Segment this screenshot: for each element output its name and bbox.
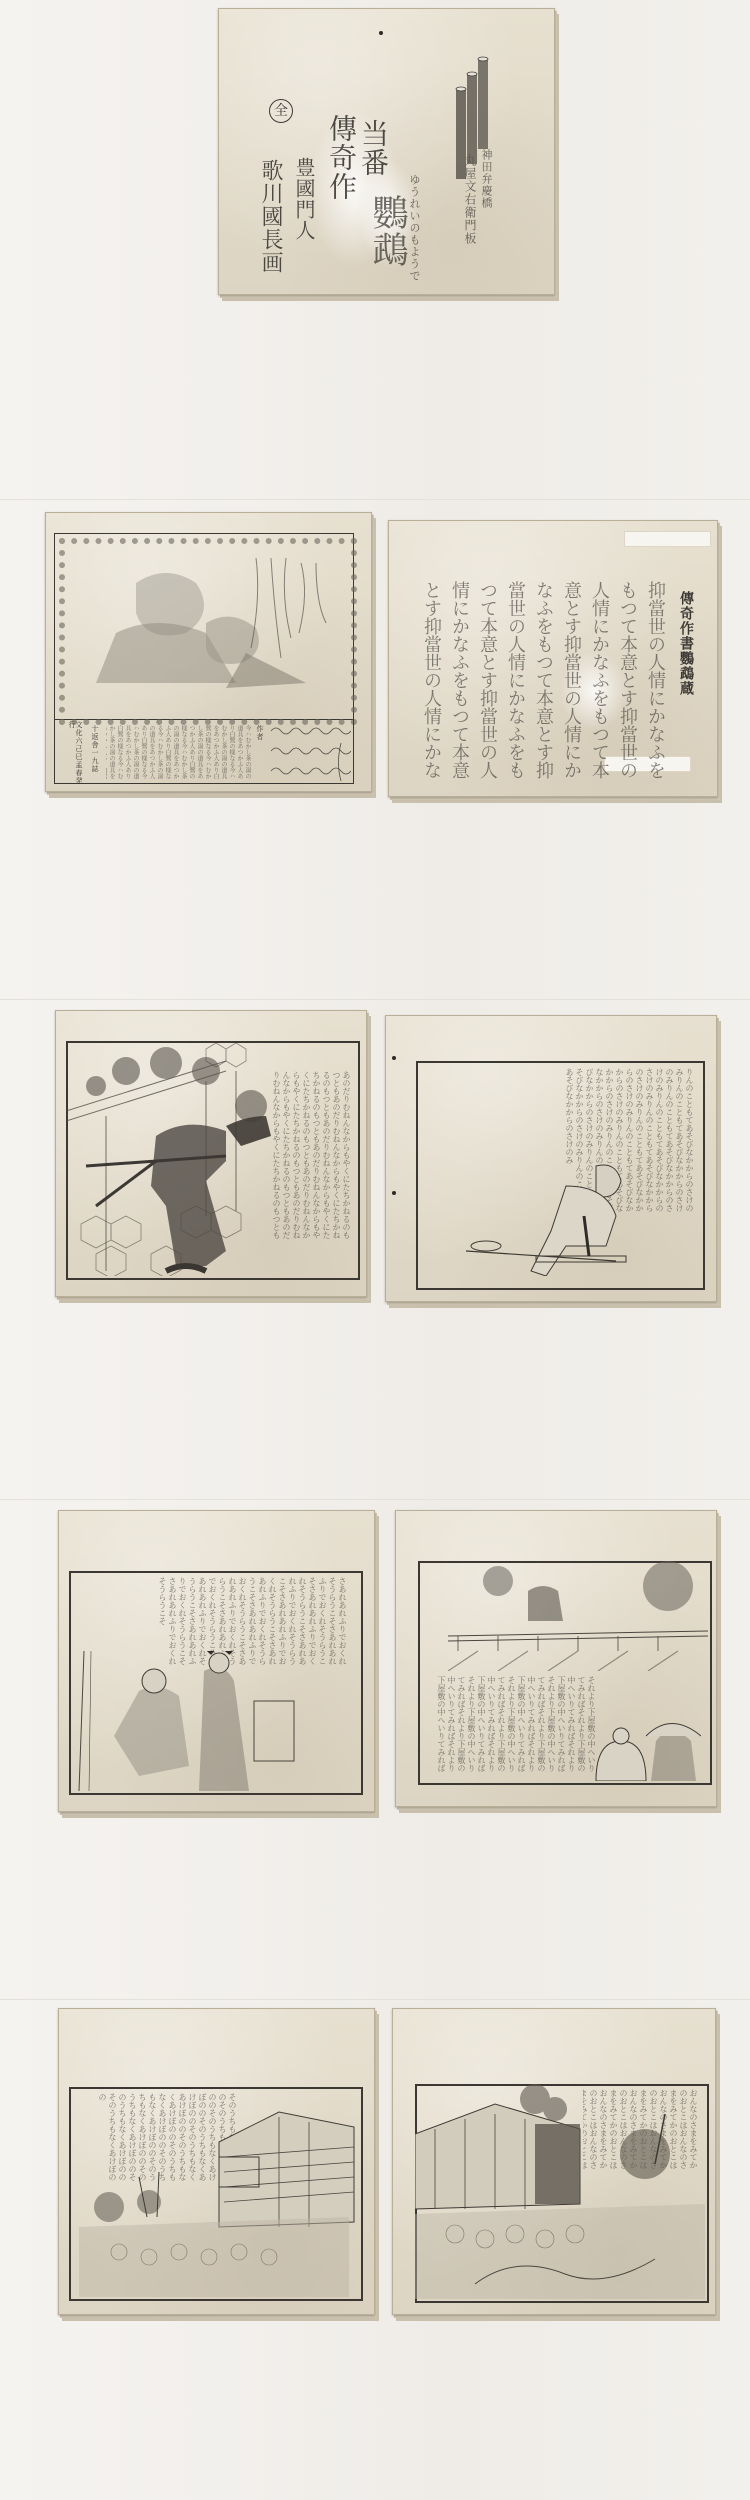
lovers-illustration: [76, 553, 336, 698]
photo-spread-3: さあれあれふりでおくれそうらうこそさあれあれふりでおくれそうらうこそさあれあれふ…: [0, 1500, 750, 2000]
running-man-illustration: [466, 1156, 666, 1276]
photo-spread-2: あのだりむねんなからもやくにたちかねるのもつともあのだりむねんなからもやくにたち…: [0, 1000, 750, 1500]
paper-sticker: [624, 531, 711, 547]
text-header: 作者: [256, 725, 263, 741]
couple-illustration: [69, 1651, 359, 1791]
left-page: そのうちもなくあけぼののそのうちもなくあけぼののそのうちもなくあけぼののそのうち…: [58, 2008, 375, 2315]
binding-hole: [379, 31, 383, 35]
binding-hole: [392, 1191, 396, 1195]
scroll-emblem-icon: [454, 49, 494, 189]
author-signature: 十返舎一九誌: [91, 725, 98, 773]
photo-spread-1: 文化六己巳孟春発行 十返舎一九誌 作者 今ハむかし茶の湯の道具をあつかふ人あり白…: [0, 500, 750, 1000]
volume-mark-text: 全: [274, 103, 288, 119]
preface-cursive-text: 抑當世の人情にかなふをもつて本意とす抑當世の人情にかなふをもつて本意とす抑當世の…: [419, 581, 669, 781]
binding-hole: [392, 1056, 396, 1060]
right-page: おんなのさまをみてかのおとこはおんなのさまをみてかのおとこはおんなのさまをみてか…: [392, 2008, 716, 2315]
volume-mark: 全: [269, 99, 293, 123]
photo-cover: 傳奇作 当番 鸚鵡 ゆうれいのもようで 全 豊國門人 歌川國長画 神田弁慶橋 丸…: [0, 0, 750, 500]
left-page: あのだりむねんなからもやくにたちかねるのもつともあのだりむねんなからもやくにたち…: [55, 1010, 367, 1297]
preface-heading: 傳奇作書鸚鵡蔵: [679, 591, 693, 696]
veranda-illustration: [415, 2084, 705, 2299]
cover-artist-line1: 豊國門人: [294, 157, 314, 241]
preface-text: 今ハむかし茶の湯の道具をあつかふ人あり白鷺の樣なる今ハむかし茶の湯の道具をあつか…: [106, 725, 251, 781]
right-page: りんのこともてあそびなかからのさけのみりんのこともてあそびなかからのさけのみりん…: [385, 1015, 717, 1302]
left-page: さあれあれふりでおくれそうらうこそさあれあれふりでおくれそうらうこそさあれあれふ…: [58, 1510, 375, 1812]
cover-subtitle: ゆうれいのもようで: [409, 174, 420, 282]
right-page: 傳奇作書鸚鵡蔵 抑當世の人情にかなふをもつて本意とす抑當世の人情にかなふをもつて…: [388, 520, 718, 797]
publication-date: 文化六己巳孟春発行: [68, 721, 82, 791]
book-cover: 傳奇作 当番 鸚鵡 ゆうれいのもようで 全 豊國門人 歌川國長画 神田弁慶橋 丸…: [218, 8, 555, 295]
cover-title-top: 当番: [359, 119, 387, 177]
landscape-illustration: [418, 1561, 708, 1671]
storehouse-illustration: [69, 2087, 359, 2297]
narrative-text: それより下屋敷の中へいりてみればそれより下屋敷の中へいりてみればそれより下屋敷の…: [426, 1676, 596, 1776]
travellers-illustration: [581, 1711, 701, 1781]
narrative-text: あのだりむねんなからもやくにたちかねるのもつともあのだりむねんなからもやくにたち…: [271, 1071, 351, 1241]
left-page: 文化六己巳孟春発行 十返舎一九誌 作者 今ハむかし茶の湯の道具をあつかふ人あり白…: [45, 512, 372, 792]
cover-title-left: 傳奇作: [327, 114, 355, 201]
cover-artist-line2: 歌川國長画: [259, 159, 281, 274]
waves-decoration: [271, 723, 351, 781]
cover-title-main: 鸚鵡: [369, 194, 405, 268]
photo-spread-4: そのうちもなくあけぼののそのうちもなくあけぼののそのうちもなくあけぼののそのうち…: [0, 2000, 750, 2500]
right-page: それより下屋敷の中へいりてみればそれより下屋敷の中へいりてみればそれより下屋敷の…: [395, 1510, 717, 1807]
